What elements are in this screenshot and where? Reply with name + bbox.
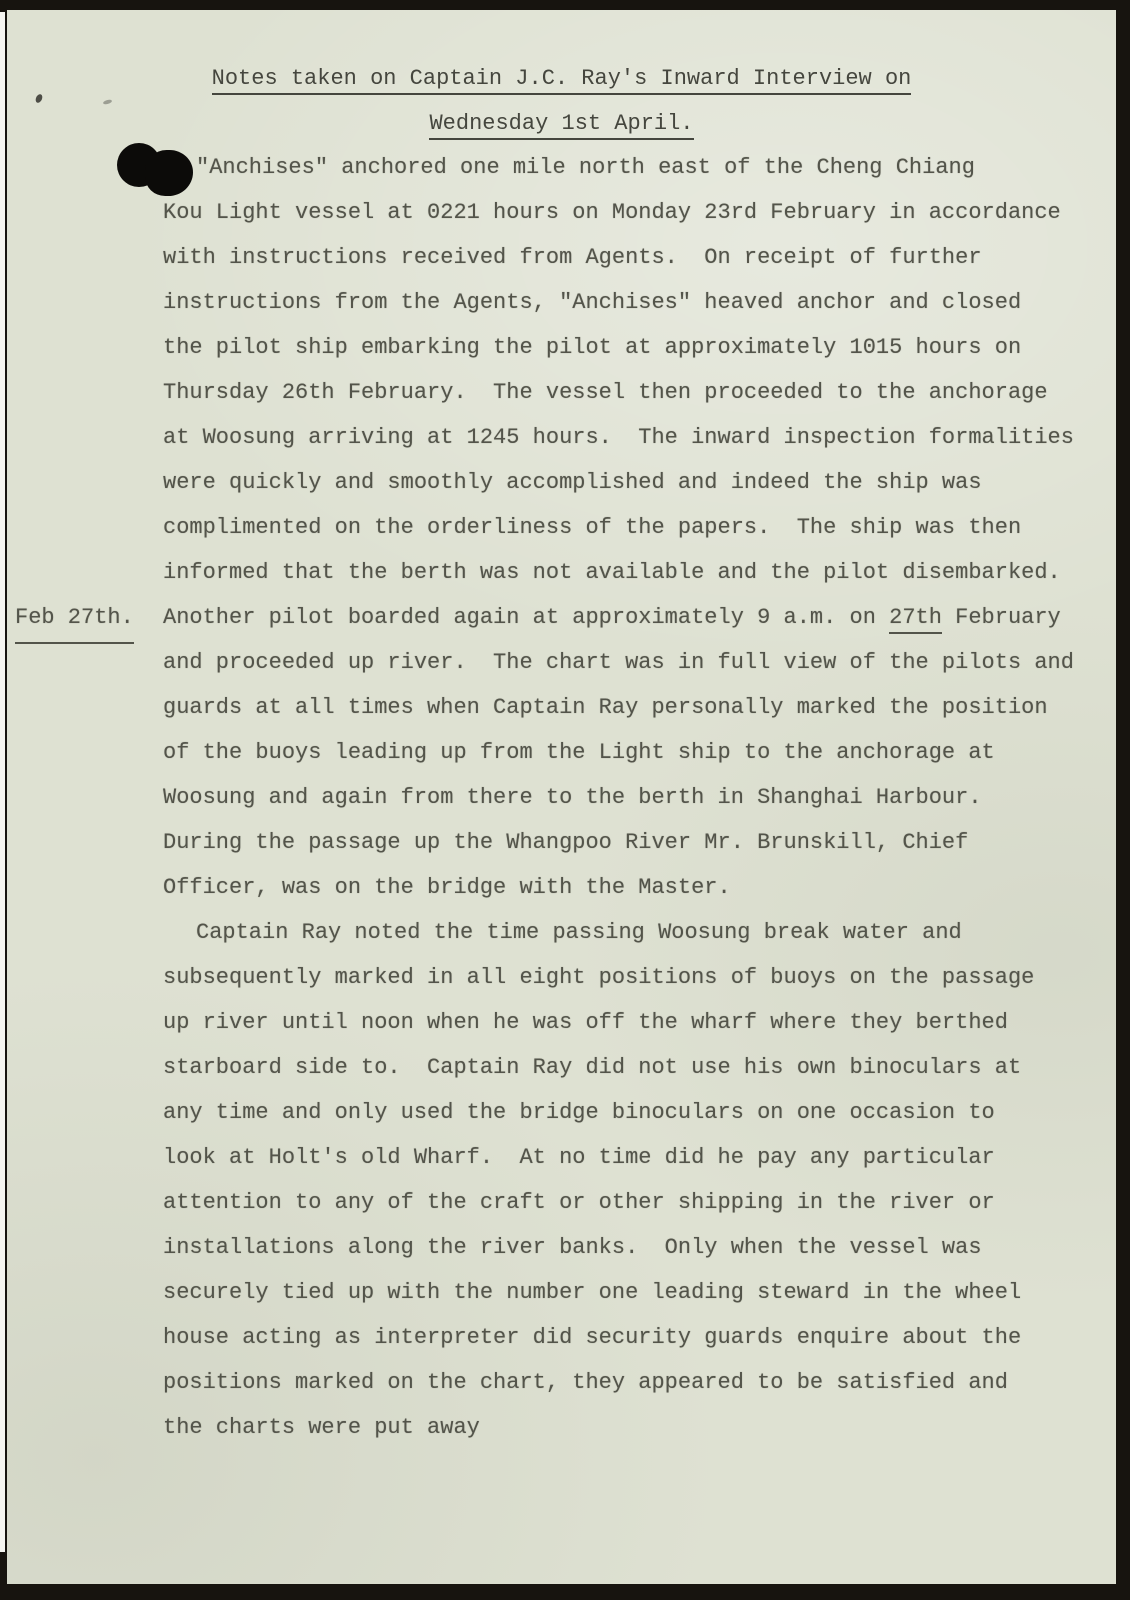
line-text: complimented on the orderliness of the p… (163, 515, 1021, 540)
line-text: Officer, was on the bridge with the Mast… (163, 875, 731, 900)
line-text: instructions from the Agents, "Anchises"… (163, 290, 1021, 315)
document-line: informed that the berth was not availabl… (7, 550, 1116, 595)
scanned-document-page: { "page": { "colors": { "paper": "#dee1d… (0, 0, 1130, 1600)
line-text: and proceeded up river. The chart was in… (163, 650, 1074, 675)
document-line: were quickly and smoothly accomplished a… (7, 460, 1116, 505)
document-line: house acting as interpreter did security… (7, 1315, 1116, 1360)
line-text: Thursday 26th February. The vessel then … (163, 380, 1048, 405)
document-line: Captain Ray noted the time passing Woosu… (7, 910, 1116, 955)
document-title: Notes taken on Captain J.C. Ray's Inward… (7, 56, 1116, 146)
line-text: installations along the river banks. Onl… (163, 1235, 982, 1260)
line-text: During the passage up the Whangpoo River… (163, 830, 968, 855)
document-line: positions marked on the chart, they appe… (7, 1360, 1116, 1405)
document-line: instructions from the Agents, "Anchises"… (7, 280, 1116, 325)
document-line: at Woosung arriving at 1245 hours. The i… (7, 415, 1116, 460)
document-line: any time and only used the bridge binocu… (7, 1090, 1116, 1135)
document-line: securely tied up with the number one lea… (7, 1270, 1116, 1315)
line-text: guards at all times when Captain Ray per… (163, 695, 1048, 720)
document-line: with instructions received from Agents. … (7, 235, 1116, 280)
title-line-1: Notes taken on Captain J.C. Ray's Inward… (7, 56, 1116, 101)
line-text: Kou Light vessel at 0221 hours on Monday… (163, 200, 1061, 225)
document-line: starboard side to. Captain Ray did not u… (7, 1045, 1116, 1090)
line-text: look at Holt's old Wharf. At no time did… (163, 1145, 995, 1170)
document-line: Thursday 26th February. The vessel then … (7, 370, 1116, 415)
document-line: Woosung and again from there to the bert… (7, 775, 1116, 820)
line-text: subsequently marked in all eight positio… (163, 965, 1034, 990)
document-line: the pilot ship embarking the pilot at ap… (7, 325, 1116, 370)
document-line: complimented on the orderliness of the p… (7, 505, 1116, 550)
scan-edge-sliver (0, 12, 5, 1552)
document-line: look at Holt's old Wharf. At no time did… (7, 1135, 1116, 1180)
line-text: house acting as interpreter did security… (163, 1325, 1021, 1350)
title-line-2-text: Wednesday 1st April. (429, 111, 693, 140)
title-line-1-text: Notes taken on Captain J.C. Ray's Inward… (212, 66, 912, 95)
line-text: "Anchises" anchored one mile north east … (196, 155, 975, 180)
line-text: the charts were put away (163, 1415, 480, 1440)
line-text: up river until noon when he was off the … (163, 1010, 1008, 1035)
line-text: attention to any of the craft or other s… (163, 1190, 995, 1215)
document-line: "Anchises" anchored one mile north east … (7, 145, 1116, 190)
document-line: attention to any of the craft or other s… (7, 1180, 1116, 1225)
document-line: up river until noon when he was off the … (7, 1000, 1116, 1045)
line-text: Woosung and again from there to the bert… (163, 785, 982, 810)
line-text: 27th (889, 605, 942, 634)
line-text: positions marked on the chart, they appe… (163, 1370, 1008, 1395)
document-line: Kou Light vessel at 0221 hours on Monday… (7, 190, 1116, 235)
line-text: securely tied up with the number one lea… (163, 1280, 1021, 1305)
line-text: Another pilot boarded again at approxima… (163, 605, 889, 630)
margin-note: Feb 27th. (15, 595, 134, 644)
line-text: at Woosung arriving at 1245 hours. The i… (163, 425, 1074, 450)
line-text: were quickly and smoothly accomplished a… (163, 470, 982, 495)
document-line: guards at all times when Captain Ray per… (7, 685, 1116, 730)
line-text: with instructions received from Agents. … (163, 245, 982, 270)
document-line: of the buoys leading up from the Light s… (7, 730, 1116, 775)
line-text: starboard side to. Captain Ray did not u… (163, 1055, 1021, 1080)
paper: Notes taken on Captain J.C. Ray's Inward… (7, 10, 1116, 1584)
document-line: and proceeded up river. The chart was in… (7, 640, 1116, 685)
document-lines: "Anchises" anchored one mile north east … (7, 145, 1116, 1450)
line-text: informed that the berth was not availabl… (163, 560, 1061, 585)
line-text: the pilot ship embarking the pilot at ap… (163, 335, 1021, 360)
document-line: Feb 27th.Another pilot boarded again at … (7, 595, 1116, 640)
line-text: of the buoys leading up from the Light s… (163, 740, 995, 765)
line-text: Captain Ray noted the time passing Woosu… (196, 920, 962, 945)
document-line: Officer, was on the bridge with the Mast… (7, 865, 1116, 910)
line-text: February (942, 605, 1061, 630)
document-line: During the passage up the Whangpoo River… (7, 820, 1116, 865)
document-line: subsequently marked in all eight positio… (7, 955, 1116, 1000)
document-line: the charts were put away (7, 1405, 1116, 1450)
document-line: installations along the river banks. Onl… (7, 1225, 1116, 1270)
line-text: any time and only used the bridge binocu… (163, 1100, 995, 1125)
